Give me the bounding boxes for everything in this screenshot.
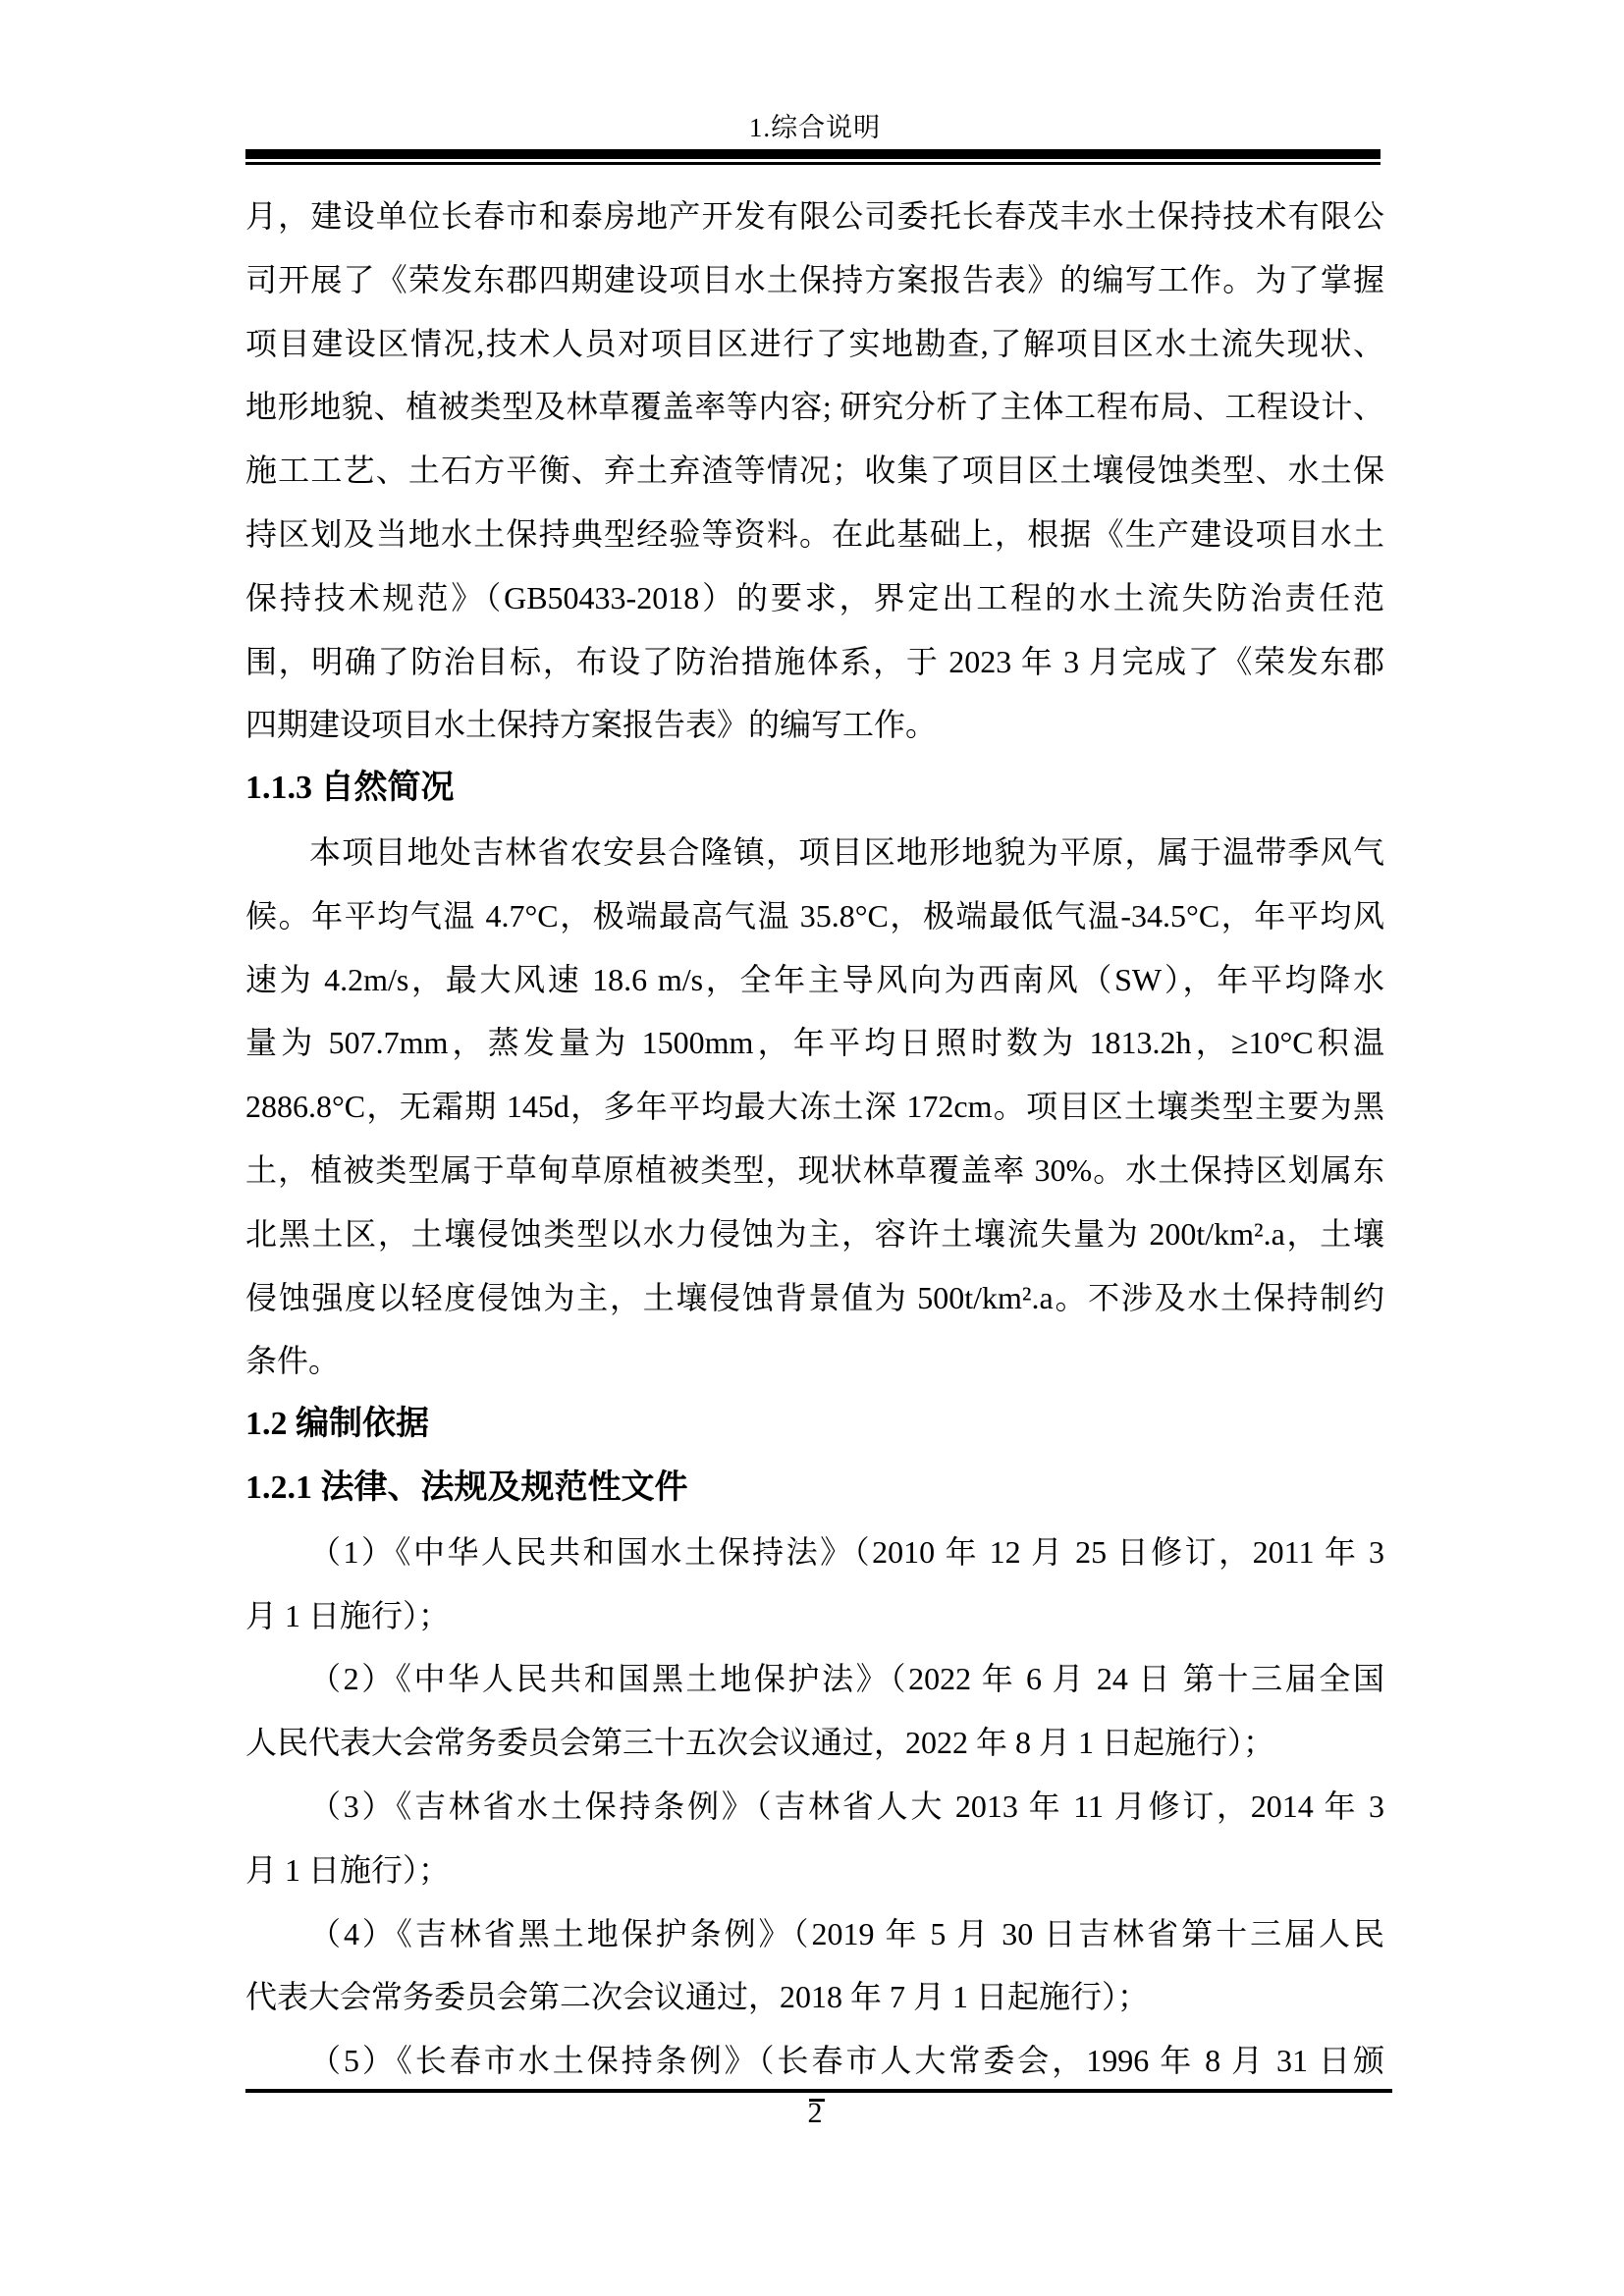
text-line: 本项目地处吉林省农安县合隆镇，项目区地形地貌为平原，属于温带季风气	[245, 821, 1384, 884]
document-page: 1.综合说明 月，建设单位长春市和泰房地产开发有限公司委托长春茂丰水土保持技术有…	[0, 0, 1624, 2296]
text-line: 2886.8°C，无霜期 145d，多年平均最大冻土深 172cm。项目区土壤类…	[245, 1075, 1384, 1139]
heading-line: 1.2 编制依据	[245, 1393, 1384, 1457]
text-line: 土，植被类型属于草甸草原植被类型，现状林草覆盖率 30%。水土保持区划属东	[245, 1139, 1384, 1202]
header-rule-thin	[245, 162, 1380, 165]
heading-line: 1.2.1 法律、法规及规范性文件	[245, 1457, 1384, 1521]
text-line: 代表大会常务委员会第二次会议通过，2018 年 7 月 1 日起施行）；	[245, 1965, 1384, 2029]
text-line: 保持技术规范》（GB50433-2018）的要求，界定出工程的水土流失防治责任范	[245, 566, 1384, 630]
text-line: 月 1 日施行）；	[245, 1584, 1384, 1648]
footer-rule	[245, 2089, 1392, 2093]
text-line: （5）《长春市水土保持条例》（长春市人大常委会，1996 年 8 月 31 日颁	[245, 2029, 1384, 2093]
text-line: 速为 4.2m/s，最大风速 18.6 m/s，全年主导风向为西南风（SW），年…	[245, 948, 1384, 1012]
running-header-title: 1.综合说明	[245, 112, 1384, 143]
text-line: 侵蚀强度以轻度侵蚀为主，土壤侵蚀背景值为 500t/km².a。不涉及水土保持制…	[245, 1266, 1384, 1330]
text-line: （3）《吉林省水土保持条例》（吉林省人大 2013 年 11 月修订，2014 …	[245, 1775, 1384, 1839]
text-line: 持区划及当地水土保持典型经验等资料。在此基础上，根据《生产建设项目水土	[245, 503, 1384, 566]
page-number: 2	[245, 2097, 1384, 2130]
text-line: 地形地貌、植被类型及林草覆盖率等内容; 研究分析了主体工程布局、工程设计、	[245, 375, 1384, 439]
header-rule-thick	[245, 149, 1380, 159]
text-line: 候。年平均气温 4.7°C，极端最高气温 35.8°C，极端最低气温-34.5°…	[245, 884, 1384, 948]
text-line: 量为 507.7mm，蒸发量为 1500mm，年平均日照时数为 1813.2h，…	[245, 1011, 1384, 1075]
text-line: 人民代表大会常务委员会第三十五次会议通过，2022 年 8 月 1 日起施行）；	[245, 1711, 1384, 1775]
text-line: 项目建设区情况,技术人员对项目区进行了实地勘查,了解项目区水土流失现状、	[245, 312, 1384, 376]
text-line: （1）《中华人民共和国水土保持法》（2010 年 12 月 25 日修订，201…	[245, 1521, 1384, 1584]
text-line: 施工工艺、土石方平衡、弃土弃渣等情况；收集了项目区土壤侵蚀类型、水土保	[245, 439, 1384, 503]
text-line: 四期建设项目水土保持方案报告表》的编写工作。	[245, 693, 1384, 757]
document-body: 月，建设单位长春市和泰房地产开发有限公司委托长春茂丰水土保持技术有限公司开展了《…	[245, 185, 1384, 2093]
text-line: 围，明确了防治目标，布设了防治措施体系，于 2023 年 3 月完成了《荣发东郡	[245, 630, 1384, 694]
text-line: 条件。	[245, 1329, 1384, 1393]
text-line: 司开展了《荣发东郡四期建设项目水土保持方案报告表》的编写工作。为了掌握	[245, 248, 1384, 312]
text-line: 月 1 日施行）；	[245, 1839, 1384, 1902]
text-line: 月，建设单位长春市和泰房地产开发有限公司委托长春茂丰水土保持技术有限公	[245, 185, 1384, 248]
text-line: （2）《中华人民共和国黑土地保护法》（2022 年 6 月 24 日 第十三届全…	[245, 1647, 1384, 1711]
heading-line: 1.1.3 自然简况	[245, 757, 1384, 821]
text-line: （4）《吉林省黑土地保护条例》（2019 年 5 月 30 日吉林省第十三届人民	[245, 1902, 1384, 1966]
text-line: 北黑土区，土壤侵蚀类型以水力侵蚀为主，容许土壤流失量为 200t/km².a，土…	[245, 1202, 1384, 1266]
